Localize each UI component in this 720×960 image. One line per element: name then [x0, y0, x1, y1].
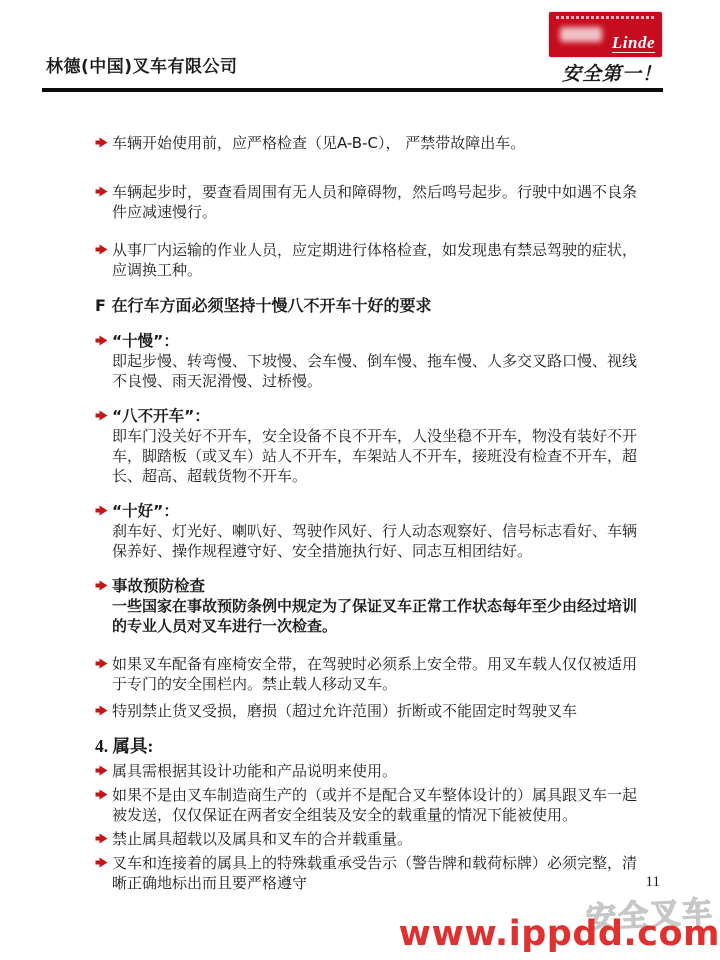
bullet-text: 叉车和连接着的属具上的特殊载重承受告示（警告牌和载荷标牌）必须完整，清晰正确地标…: [112, 853, 640, 893]
bullet-body-text: 即车门没关好不开车，安全设备不良不开车，人没坐稳不开车，物没有装好不开车，脚踏板…: [112, 426, 640, 486]
bullet-text: 车辆开始使用前，应严格检查（见A-B-C）， 严禁带故障出车。: [112, 133, 640, 153]
bullet-item: 车辆起步时，要查看周围有无人员和障碍物，然后鸣号起步。行驶中如遇不良条件应减速慢…: [95, 179, 640, 222]
bullet-item: 属具需根据其设计功能和产品说明来使用。: [95, 758, 640, 781]
red-arrow-bullet-icon: [95, 853, 112, 869]
logo-small-text-strip: [556, 16, 656, 19]
bullet-item: 从事厂内运输的作业人员，应定期进行体格检查，如发现患有禁忌驾驶的症状， 应调换工…: [95, 237, 640, 280]
red-arrow-bullet-icon: [95, 182, 112, 198]
linde-logo: Linde: [549, 12, 662, 57]
red-arrow-bullet-icon: [95, 654, 112, 670]
bullet-text: “十好”：刹车好、灯光好、喇叭好、驾驶作风好、行人动态观察好、信号标志看好、车辆…: [112, 501, 640, 561]
bullet-item: 如果不是由叉车制造商生产的（或并不是配合叉车整体设计的）属具跟叉车一起被发送，仅…: [95, 782, 640, 825]
linde-brand-script: Linde: [612, 34, 655, 53]
bullet-item: “十好”：刹车好、灯光好、喇叭好、驾驶作风好、行人动态观察好、信号标志看好、车辆…: [95, 501, 640, 561]
bullet-lead-text: “八不开车”：: [112, 406, 640, 426]
company-name: 林德(中国)叉车有限公司: [46, 52, 238, 77]
bullet-lead-text: 事故预防检查: [112, 576, 640, 596]
red-arrow-bullet-icon: [95, 829, 112, 845]
red-arrow-bullet-icon: [95, 576, 112, 592]
bullet-body-text: 叉车和连接着的属具上的特殊载重承受告示（警告牌和载荷标牌）必须完整，清晰正确地标…: [112, 853, 640, 893]
bullet-item: “十慢”：即起步慢、转弯慢、下坡慢、会车慢、倒车慢、拖车慢、人多交叉路口慢、视线…: [95, 331, 640, 391]
bullet-body-text: 禁止属具超载以及属具和叉车的合并载重量。: [112, 829, 640, 849]
red-arrow-bullet-icon: [95, 240, 112, 256]
bullet-text: 从事厂内运输的作业人员，应定期进行体格检查，如发现患有禁忌驾驶的症状， 应调换工…: [112, 240, 640, 280]
bullet-item: 如果叉车配备有座椅安全带，在驾驶时必须系上安全带。用叉车载人仅仅被适用于专门的安…: [95, 651, 640, 694]
site-watermark: www.ippdd.com: [399, 914, 720, 954]
red-arrow-bullet-icon: [95, 785, 112, 801]
bullet-text: 车辆起步时，要查看周围有无人员和障碍物，然后鸣号起步。行驶中如遇不良条件应减速慢…: [112, 182, 640, 222]
bullet-body-text: 如果叉车配备有座椅安全带，在驾驶时必须系上安全带。用叉车载人仅仅被适用于专门的安…: [112, 654, 640, 694]
bullet-body-text: 即起步慢、转弯慢、下坡慢、会车慢、倒车慢、拖车慢、人多交叉路口慢、视线不良慢、雨…: [112, 351, 640, 391]
section-heading: F 在行车方面必须坚持十慢八不开车十好的要求: [95, 295, 640, 316]
bullet-body-text: 刹车好、灯光好、喇叭好、驾驶作风好、行人动态观察好、信号标志看好、车辆保养好、操…: [112, 521, 640, 561]
bullet-text: 事故预防检查一些国家在事故预防条例中规定为了保证叉车正常工作状态每年至少由经过培…: [112, 576, 640, 636]
section-heading: 4. 属具:: [95, 736, 640, 757]
logo-forklift-mark: [560, 27, 602, 42]
bullet-body-text: 一些国家在事故预防条例中规定为了保证叉车正常工作状态每年至少由经过培训的专业人员…: [112, 596, 640, 636]
bullet-text: 禁止属具超载以及属具和叉车的合并载重量。: [112, 829, 640, 849]
red-arrow-bullet-icon: [95, 133, 112, 149]
bullet-item: 事故预防检查一些国家在事故预防条例中规定为了保证叉车正常工作状态每年至少由经过培…: [95, 576, 640, 636]
bullet-body-text: 车辆开始使用前，应严格检查（见A-B-C）， 严禁带故障出车。: [112, 133, 640, 153]
page-number: 11: [646, 874, 660, 891]
red-arrow-bullet-icon: [95, 331, 112, 347]
bullet-text: 如果不是由叉车制造商生产的（或并不是配合叉车整体设计的）属具跟叉车一起被发送，仅…: [112, 785, 640, 825]
bullet-body-text: 如果不是由叉车制造商生产的（或并不是配合叉车整体设计的）属具跟叉车一起被发送，仅…: [112, 785, 640, 825]
red-arrow-bullet-icon: [95, 701, 112, 717]
bullet-body-text: 属具需根据其设计功能和产品说明来使用。: [112, 761, 640, 781]
bullet-body-text: 特别禁止货叉受损，磨损（超过允许范围）折断或不能固定时驾驶叉车: [112, 701, 640, 721]
safety-first-slogan: 安全第一！: [562, 59, 662, 86]
content-list: 车辆开始使用前，应严格检查（见A-B-C）， 严禁带故障出车。车辆起步时，要查看…: [95, 130, 640, 894]
bullet-text: 特别禁止货叉受损，磨损（超过允许范围）折断或不能固定时驾驶叉车: [112, 701, 640, 721]
red-arrow-bullet-icon: [95, 761, 112, 777]
bullet-item: 叉车和连接着的属具上的特殊载重承受告示（警告牌和载荷标牌）必须完整，清晰正确地标…: [95, 850, 640, 893]
red-arrow-bullet-icon: [95, 406, 112, 422]
document-page: 林德(中国)叉车有限公司 Linde 安全第一！ 车辆开始使用前，应严格检查（见…: [0, 0, 720, 960]
bullet-lead-text: “十慢”：: [112, 331, 640, 351]
header-divider: [42, 88, 663, 92]
bullet-text: “十慢”：即起步慢、转弯慢、下坡慢、会车慢、倒车慢、拖车慢、人多交叉路口慢、视线…: [112, 331, 640, 391]
bullet-text: 属具需根据其设计功能和产品说明来使用。: [112, 761, 640, 781]
bullet-item: 特别禁止货叉受损，磨损（超过允许范围）折断或不能固定时驾驶叉车: [95, 698, 640, 721]
bullet-text: “八不开车”：即车门没关好不开车，安全设备不良不开车，人没坐稳不开车，物没有装好…: [112, 406, 640, 486]
bullet-body-text: 车辆起步时，要查看周围有无人员和障碍物，然后鸣号起步。行驶中如遇不良条件应减速慢…: [112, 182, 640, 222]
bullet-item: 禁止属具超载以及属具和叉车的合并载重量。: [95, 826, 640, 849]
red-arrow-bullet-icon: [95, 501, 112, 517]
bullet-body-text: 从事厂内运输的作业人员，应定期进行体格检查，如发现患有禁忌驾驶的症状， 应调换工…: [112, 240, 640, 280]
bullet-text: 如果叉车配备有座椅安全带，在驾驶时必须系上安全带。用叉车载人仅仅被适用于专门的安…: [112, 654, 640, 694]
bullet-item: “八不开车”：即车门没关好不开车，安全设备不良不开车，人没坐稳不开车，物没有装好…: [95, 406, 640, 486]
bullet-item: 车辆开始使用前，应严格检查（见A-B-C）， 严禁带故障出车。: [95, 130, 640, 153]
bullet-lead-text: “十好”：: [112, 501, 640, 521]
